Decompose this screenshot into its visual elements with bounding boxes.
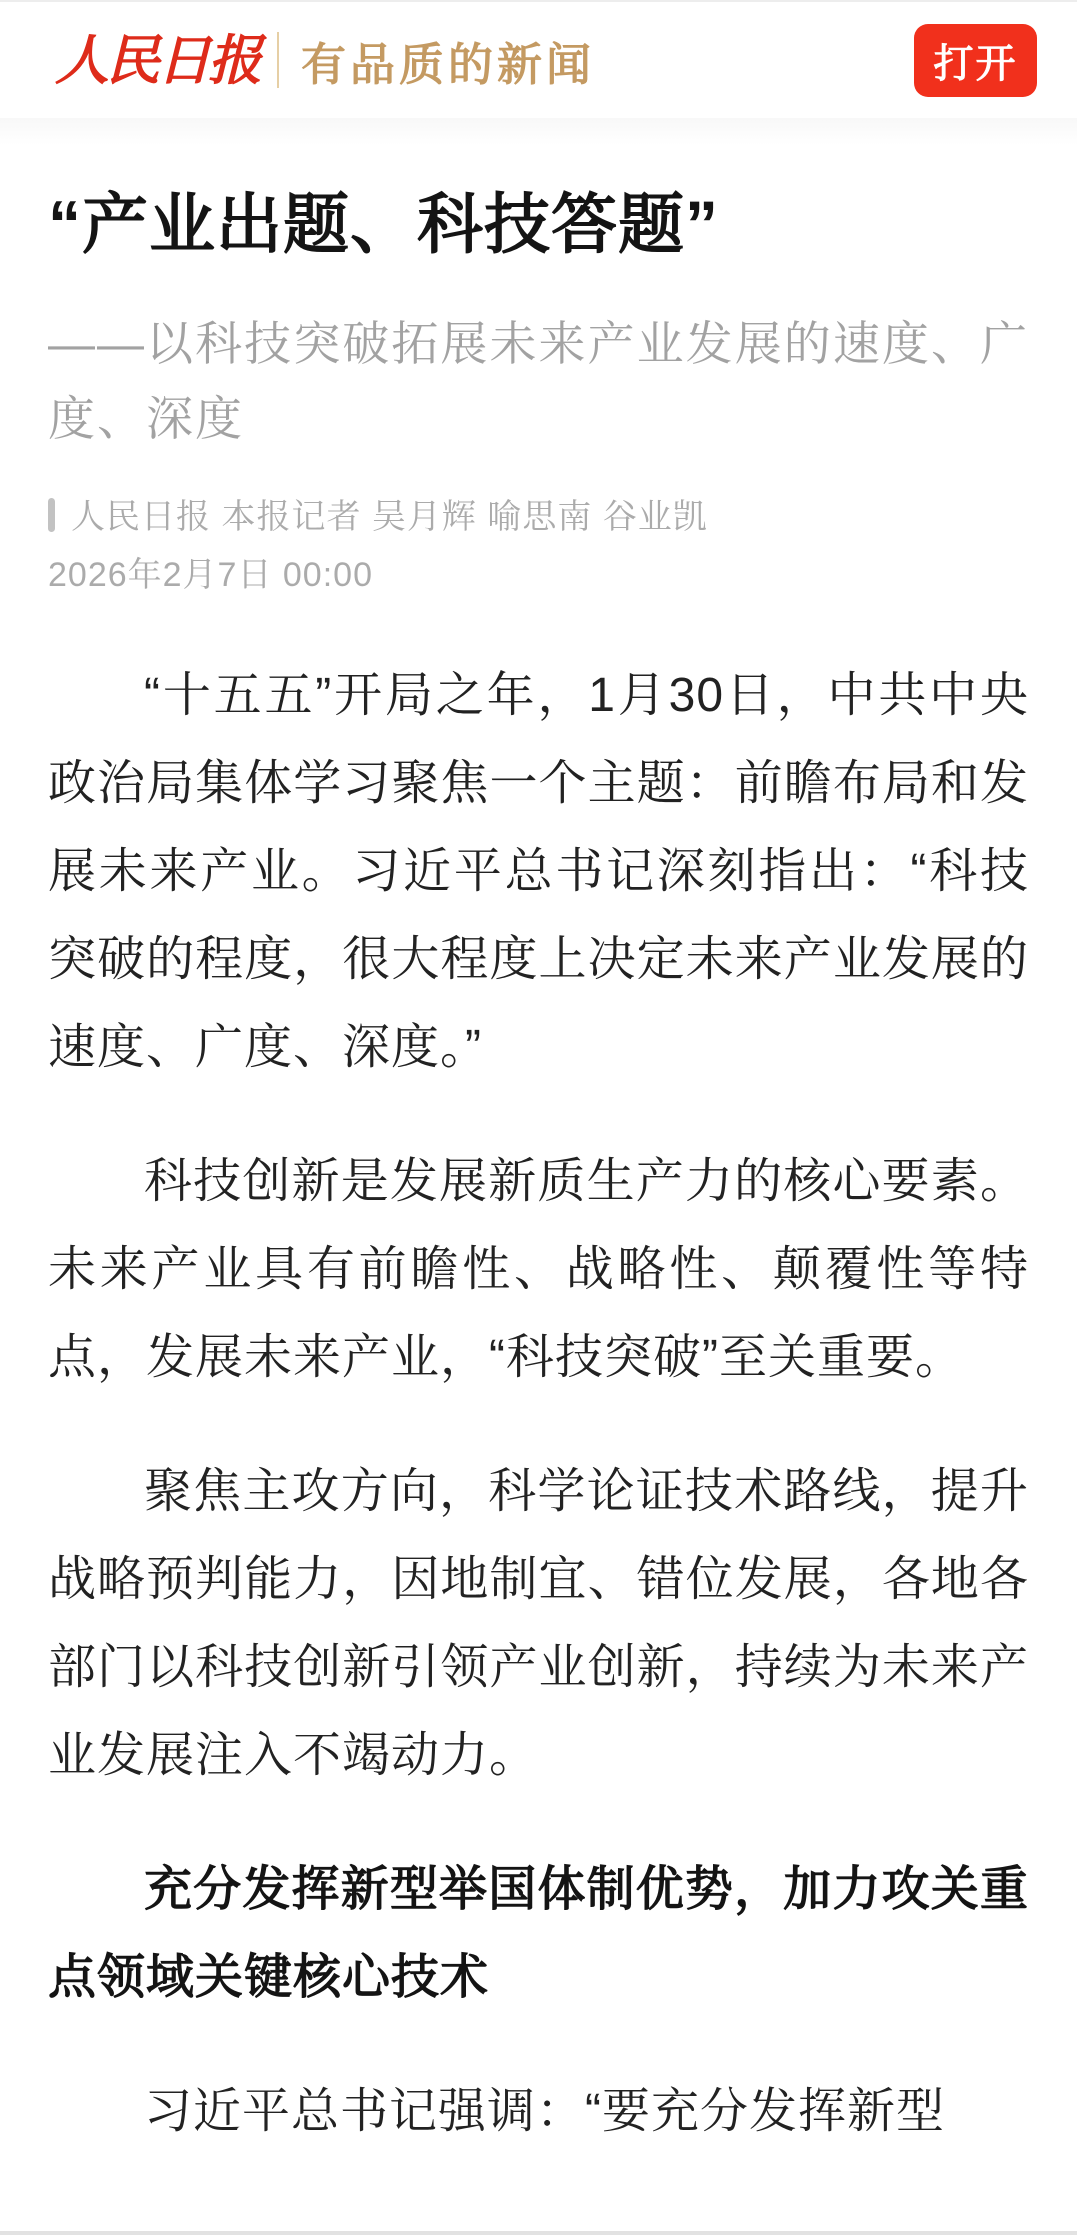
app-banner: 人民日报 有品质的新闻 打开 [0,2,1077,118]
byline-text: 人民日报 本报记者 吴月辉 喻思南 谷业凯 [71,498,708,536]
article-paragraph: 聚焦主攻方向，科学论证技术路线，提升战略预判能力，因地制宜、错位发展，各地各部门… [48,1448,1029,1800]
article-datetime: 2026年2月7日 00:00 [48,546,1029,604]
banner-separator [0,118,1077,150]
brand: 人民日报 有品质的新闻 [55,28,595,93]
article-paragraph-truncated: 习近平总书记强调：“要充分发挥新型 [48,2068,1029,2156]
byline-bar-icon [48,498,55,532]
next-section-edge [0,2231,1077,2235]
article-byline: 人民日报 本报记者 吴月辉 喻思南 谷业凯 [48,488,1029,546]
article-meta: 人民日报 本报记者 吴月辉 喻思南 谷业凯 2026年2月7日 00:00 [48,488,1029,604]
article: “产业出题、科技答题” ——以科技突破拓展未来产业发展的速度、广度、深度 人民日… [0,184,1077,2156]
article-section-heading: 充分发挥新型举国体制优势，加力攻关重点领域关键核心技术 [48,1846,1029,2022]
article-subtitle: ——以科技突破拓展未来产业发展的速度、广度、深度 [48,306,1029,456]
brand-divider [277,32,279,88]
open-app-button[interactable]: 打开 [914,24,1037,97]
article-paragraph: “十五五”开局之年，1月30日，中共中央政治局集体学习聚焦一个主题：前瞻布局和发… [48,652,1029,1092]
brand-tagline: 有品质的新闻 [301,28,595,93]
article-title: “产业出题、科技答题” [48,184,1029,264]
peoples-daily-logo: 人民日报 [55,33,259,87]
article-paragraph: 科技创新是发展新质生产力的核心要素。未来产业具有前瞻性、战略性、颠覆性等特点，发… [48,1138,1029,1402]
